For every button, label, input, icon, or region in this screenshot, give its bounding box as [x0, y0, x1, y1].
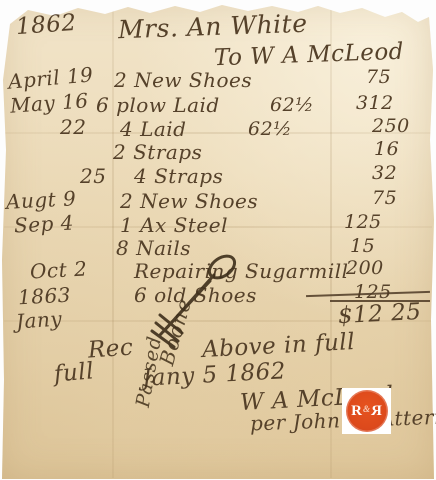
entry-amount: 75 [366, 68, 391, 87]
receipt-note-rec: Rec [87, 336, 134, 362]
entry-amount: 32 [372, 164, 397, 183]
total-amount: $12 25 [337, 301, 422, 328]
entry-desc: 4 Laid [120, 119, 187, 139]
entry-date: 22 [60, 117, 86, 137]
rr-ampersand: & [363, 404, 370, 414]
entry-desc: 2 New Shoes [120, 191, 258, 211]
rr-logo-letters: R & R [351, 403, 382, 420]
entry-date: Augt 9 [6, 188, 77, 212]
entry-date: Sep 4 [14, 212, 75, 235]
year-1862: 1862 [15, 12, 77, 39]
entry-amount: 125 [344, 213, 382, 232]
entry-amount: 75 [372, 189, 397, 208]
entry-amount: 200 [346, 259, 384, 278]
pen-scribble [130, 245, 250, 355]
customer-name: Mrs. An White [118, 11, 308, 43]
entry-amount: 16 [374, 140, 399, 159]
rr-letter-r: R [351, 403, 362, 420]
rr-logo-circle: R & R [346, 390, 388, 432]
entry-desc: 2 New Shoes [114, 70, 252, 90]
scanned-receipt: 1862 Mrs. An White To W A McLeod April 1… [0, 0, 436, 480]
watermark-square: R & R [342, 388, 391, 434]
entry-desc: 6 plow Laid [96, 95, 220, 115]
entry-desc: 2 Straps [113, 142, 202, 162]
entry-desc: 1 Ax Steel [120, 215, 228, 235]
rr-letter-r-mirrored: R [371, 403, 382, 420]
entry-date-jany: Jany [15, 308, 62, 331]
entry-date: Oct 2 [30, 259, 88, 282]
entry-amount: 312 [356, 94, 394, 113]
entry-date: 25 [80, 166, 106, 186]
entry-amount: 250 [372, 117, 410, 136]
entry-date: 1863 [18, 285, 72, 308]
entry-amount: 15 [350, 237, 375, 256]
entry-desc: 4 Straps [134, 166, 223, 186]
entry-date: May 16 [9, 90, 89, 115]
receipt-note-full: full [53, 360, 95, 386]
entry-unit-price: 62½ [270, 96, 314, 115]
entry-unit-price: 62½ [248, 120, 292, 139]
